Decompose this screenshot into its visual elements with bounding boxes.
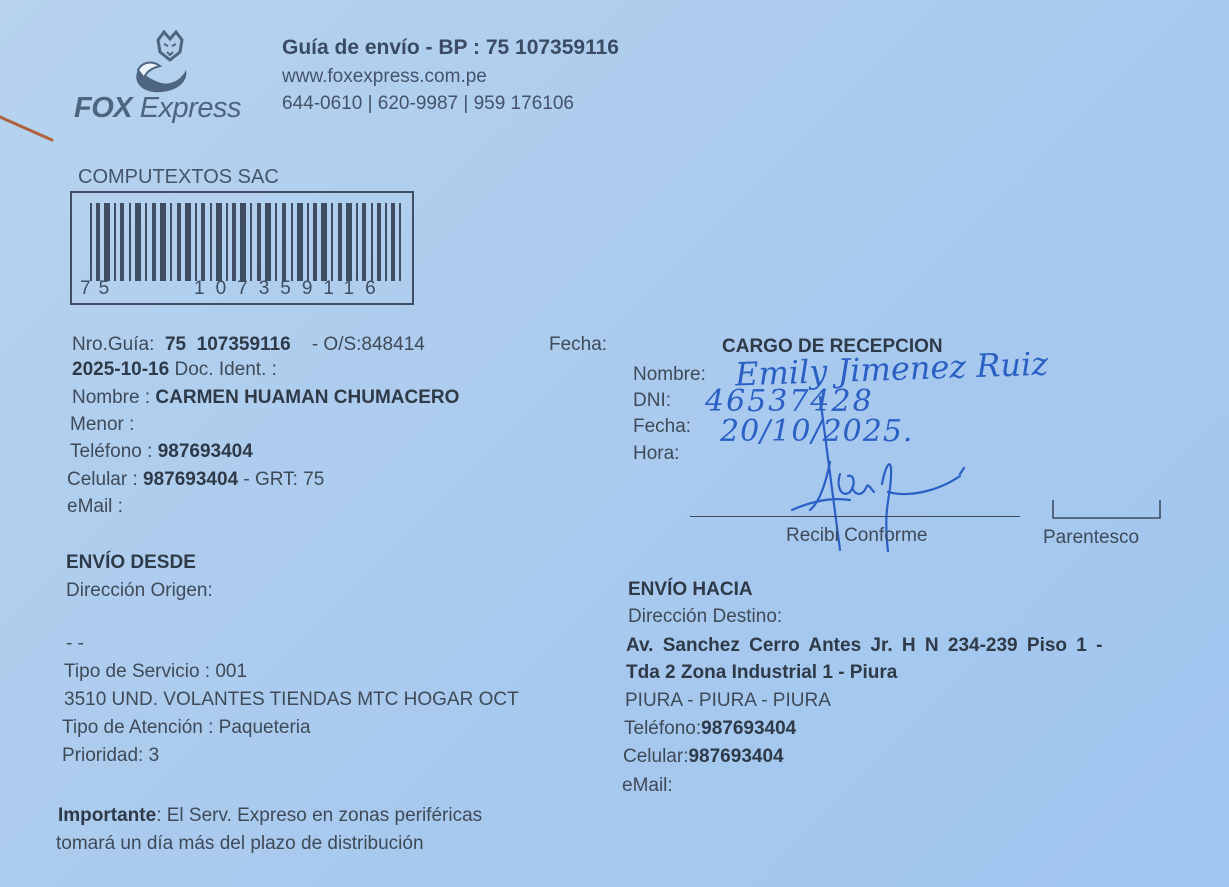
parentesco-label: Parentesco bbox=[1043, 527, 1139, 549]
recipient-name-row: Nombre : CARMEN HUAMAN CHUMACERO bbox=[72, 387, 459, 409]
barcode-number: 107359116 bbox=[194, 278, 387, 300]
fecha-label: Fecha: bbox=[549, 334, 607, 356]
website-link[interactable]: www.foxexpress.com.pe bbox=[282, 66, 487, 88]
barcode-prefix: 75 bbox=[80, 278, 117, 300]
destino-email-label: eMail: bbox=[622, 775, 673, 797]
barcode-bars bbox=[90, 203, 402, 281]
telefono-value: 987693404 bbox=[158, 441, 253, 462]
grt-value: - GRT: 75 bbox=[243, 469, 324, 490]
parentesco-field bbox=[1050, 498, 1165, 522]
email-label: eMail : bbox=[67, 496, 123, 518]
recipient-name: CARMEN HUAMAN CHUMACERO bbox=[155, 387, 459, 408]
barcode: 75 107359116 bbox=[70, 191, 414, 305]
destino-telefono-value: 987693404 bbox=[701, 718, 796, 739]
celular-value: 987693404 bbox=[143, 469, 238, 490]
destino-ubicacion: PIURA - PIURA - PIURA bbox=[625, 690, 831, 712]
destino-direccion-line2: Tda 2 Zona Industrial 1 - Piura bbox=[626, 662, 897, 684]
cargo-nombre-label: Nombre: bbox=[633, 364, 706, 386]
tipo-atencion: Tipo de Atención : Paqueteria bbox=[62, 717, 311, 739]
destino-celular-value: 987693404 bbox=[688, 746, 783, 767]
important-note-line2: tomará un día más del plazo de distribuc… bbox=[56, 833, 424, 855]
destino-telefono-row: Teléfono:987693404 bbox=[624, 718, 796, 740]
destino-direccion-line1: Av. Sanchez Cerro Antes Jr. H N 234-239 … bbox=[626, 635, 1102, 657]
cargo-hora-label: Hora: bbox=[633, 443, 679, 465]
guide-title: Guía de envío - BP : 75 107359116 bbox=[282, 36, 619, 60]
client-company: COMPUTEXTOS SAC bbox=[78, 166, 279, 189]
origen-direccion-value: - - bbox=[66, 633, 84, 655]
order-service: - O/S:848414 bbox=[312, 334, 425, 355]
cargo-dni-label: DNI: bbox=[633, 390, 671, 412]
menor-label: Menor : bbox=[70, 414, 134, 436]
celular-row: Celular : 987693404 - GRT: 75 bbox=[67, 469, 324, 491]
telefono-row: Teléfono : 987693404 bbox=[70, 441, 253, 463]
paper-mark bbox=[0, 105, 60, 145]
destino-heading: ENVÍO HACIA bbox=[628, 579, 753, 601]
destino-direccion-label: Dirección Destino: bbox=[628, 606, 782, 628]
cargo-fecha-label: Fecha: bbox=[633, 416, 691, 438]
prioridad: Prioridad: 3 bbox=[62, 745, 159, 767]
tipo-servicio: Tipo de Servicio : 001 bbox=[64, 661, 247, 683]
contact-phones: 644-0610 | 620-9987 | 959 176106 bbox=[282, 93, 574, 115]
origen-heading: ENVÍO DESDE bbox=[66, 552, 196, 574]
destino-celular-row: Celular:987693404 bbox=[623, 746, 784, 768]
recibi-conforme-label: Recibi Conforme bbox=[786, 525, 928, 547]
guide-number-row: Nro.Guía: 75 107359116 - O/S:848414 bbox=[72, 334, 425, 356]
origen-direccion-label: Dirección Origen: bbox=[66, 580, 213, 602]
brand-name: FOX Express bbox=[74, 92, 241, 125]
guide-number: 75 107359116 bbox=[165, 334, 291, 355]
important-note-line1: Importante: El Serv. Expreso en zonas pe… bbox=[58, 805, 482, 827]
guide-date: 2025-10-16 bbox=[72, 359, 169, 380]
signature-line bbox=[690, 516, 1020, 517]
shipment-description: 3510 UND. VOLANTES TIENDAS MTC HOGAR OCT bbox=[64, 689, 519, 711]
date-doc-row: 2025-10-16 Doc. Ident. : bbox=[72, 359, 277, 381]
